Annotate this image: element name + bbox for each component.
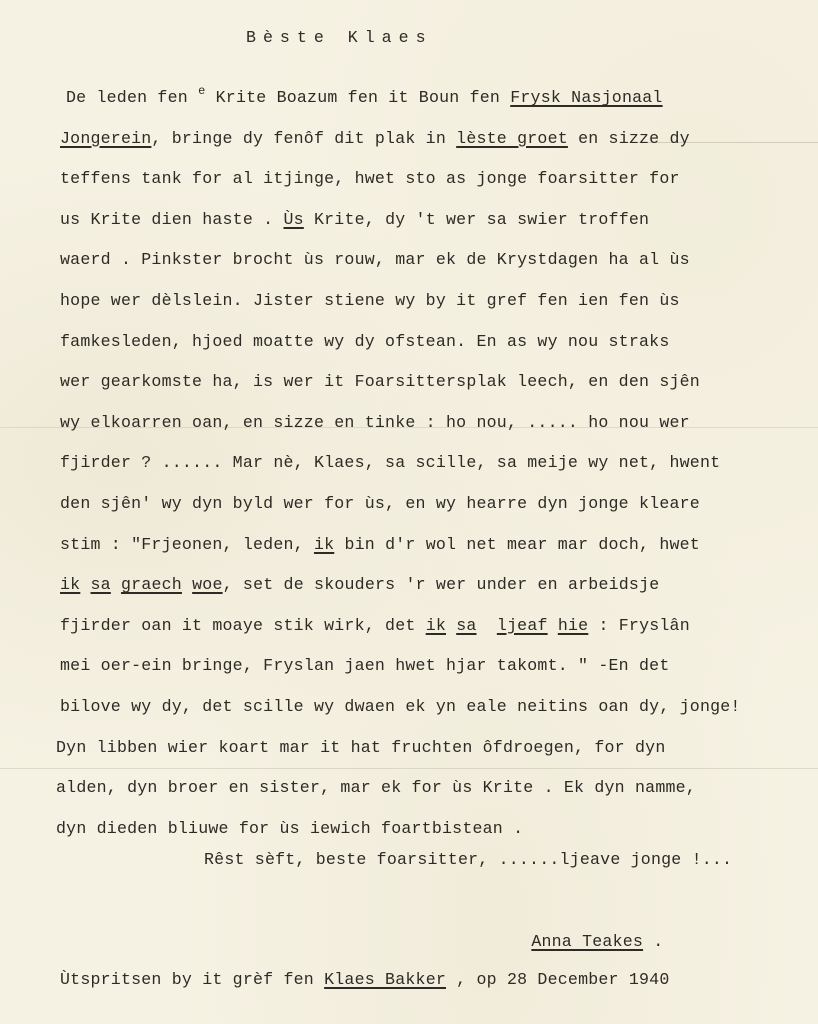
underlined-text: Frysk Nasjonaal (510, 88, 662, 107)
underlined-text: Jongerein (60, 129, 151, 148)
text-run: , bringe dy fenôf dit plak in (151, 129, 456, 148)
underlined-text: Klaes Bakker (324, 970, 446, 989)
text-run: Krite, dy 't wer sa swier troffen (304, 210, 649, 229)
text-run: De leden fen (66, 88, 198, 107)
underlined-text: ik (60, 575, 80, 594)
letter-line: ik sa graech woe, set de skouders 'r wer… (60, 575, 659, 595)
letter-line: alden, dyn broer en sister, mar ek for ù… (56, 778, 696, 798)
text-run: stim : "Frjeonen, leden, (60, 535, 314, 554)
closing-line: Rêst sèft, beste foarsitter, ......ljeav… (204, 850, 732, 870)
superscript-text: e (198, 84, 205, 98)
letter-line: bilove wy dy, det scille wy dwaen ek yn … (60, 697, 741, 717)
text-run: : Fryslân (588, 616, 690, 635)
text-run: hope wer dèlslein. Jister stiene wy by i… (60, 291, 680, 310)
text-run (80, 575, 90, 594)
letter-line: De leden fen e Krite Boazum fen it Boun … (66, 88, 663, 109)
signature-name: Anna Teakes (531, 932, 643, 951)
letter-line: teffens tank for al itjinge, hwet sto as… (60, 169, 680, 189)
paper-crease (0, 768, 818, 769)
letter-line: dyn dieden bliuwe for ùs iewich foartbis… (56, 819, 523, 839)
underlined-text: graech (121, 575, 182, 594)
letter-line: fjirder oan it moaye stik wirk, det ik s… (60, 616, 690, 636)
underlined-text: ljeaf (497, 616, 548, 635)
letter-line: wy elkoarren oan, en sizze en tinke : ho… (60, 413, 690, 433)
footer-dedication: Ùtspritsen by it grèf fen Klaes Bakker ,… (60, 970, 670, 990)
letter-title: Bèste Klaes (246, 28, 433, 48)
letter-line: Jongerein, bringe dy fenôf dit plak in l… (60, 129, 690, 149)
underlined-text: ik (314, 535, 334, 554)
text-run: Dyn libben wier koart mar it hat fruchte… (56, 738, 665, 757)
text-run: us Krite dien haste . (60, 210, 283, 229)
text-run: mei oer-ein bringe, Fryslan jaen hwet hj… (60, 656, 669, 675)
text-run: fjirder oan it moaye stik wirk, det (60, 616, 426, 635)
text-run: bilove wy dy, det scille wy dwaen ek yn … (60, 697, 741, 716)
text-run: Krite Boazum fen it Boun fen (205, 88, 510, 107)
text-run (182, 575, 192, 594)
underlined-text: sa (91, 575, 111, 594)
underlined-text: woe (192, 575, 222, 594)
text-run: bin d'r wol net mear mar doch, hwet (334, 535, 700, 554)
letter-line: den sjên' wy dyn byld wer for ùs, en wy … (60, 494, 700, 514)
letter-line: stim : "Frjeonen, leden, ik bin d'r wol … (60, 535, 700, 555)
text-run: teffens tank for al itjinge, hwet sto as… (60, 169, 680, 188)
letter-line: Dyn libben wier koart mar it hat fruchte… (56, 738, 665, 758)
text-run (477, 616, 497, 635)
text-run: waerd . Pinkster brocht ùs rouw, mar ek … (60, 250, 690, 269)
letter-line: waerd . Pinkster brocht ùs rouw, mar ek … (60, 250, 690, 270)
signature-suffix: . (643, 932, 663, 951)
letter-line: us Krite dien haste . Ùs Krite, dy 't we… (60, 210, 649, 230)
text-run: Ùtspritsen by it grèf fen (60, 970, 324, 989)
underlined-text: ik (426, 616, 446, 635)
text-run: , set de skouders 'r wer under en arbeid… (223, 575, 660, 594)
letter-line: famkesleden, hjoed moatte wy dy ofstean.… (60, 332, 669, 352)
text-run: famkesleden, hjoed moatte wy dy ofstean.… (60, 332, 669, 351)
text-run: , op 28 December 1940 (446, 970, 669, 989)
text-run (548, 616, 558, 635)
letter-line: mei oer-ein bringe, Fryslan jaen hwet hj… (60, 656, 669, 676)
text-run: den sjên' wy dyn byld wer for ùs, en wy … (60, 494, 700, 513)
text-run: en sizze dy (568, 129, 690, 148)
text-run: wer gearkomste ha, is wer it Foarsitters… (60, 372, 700, 391)
text-run: dyn dieden bliuwe for ùs iewich foartbis… (56, 819, 523, 838)
text-run: alden, dyn broer en sister, mar ek for ù… (56, 778, 696, 797)
underlined-text: sa (456, 616, 476, 635)
underlined-text: hie (558, 616, 588, 635)
text-run: fjirder ? ...... Mar nè, Klaes, sa scill… (60, 453, 720, 472)
text-run (446, 616, 456, 635)
text-run: wy elkoarren oan, en sizze en tinke : ho… (60, 413, 690, 432)
letter-line: fjirder ? ...... Mar nè, Klaes, sa scill… (60, 453, 720, 473)
underlined-text: lèste groet (456, 129, 568, 148)
letter-line: wer gearkomste ha, is wer it Foarsitters… (60, 372, 700, 392)
underlined-text: Ùs (283, 210, 303, 229)
letter-line: hope wer dèlslein. Jister stiene wy by i… (60, 291, 680, 311)
text-run (111, 575, 121, 594)
signature: Anna Teakes . (511, 912, 663, 952)
